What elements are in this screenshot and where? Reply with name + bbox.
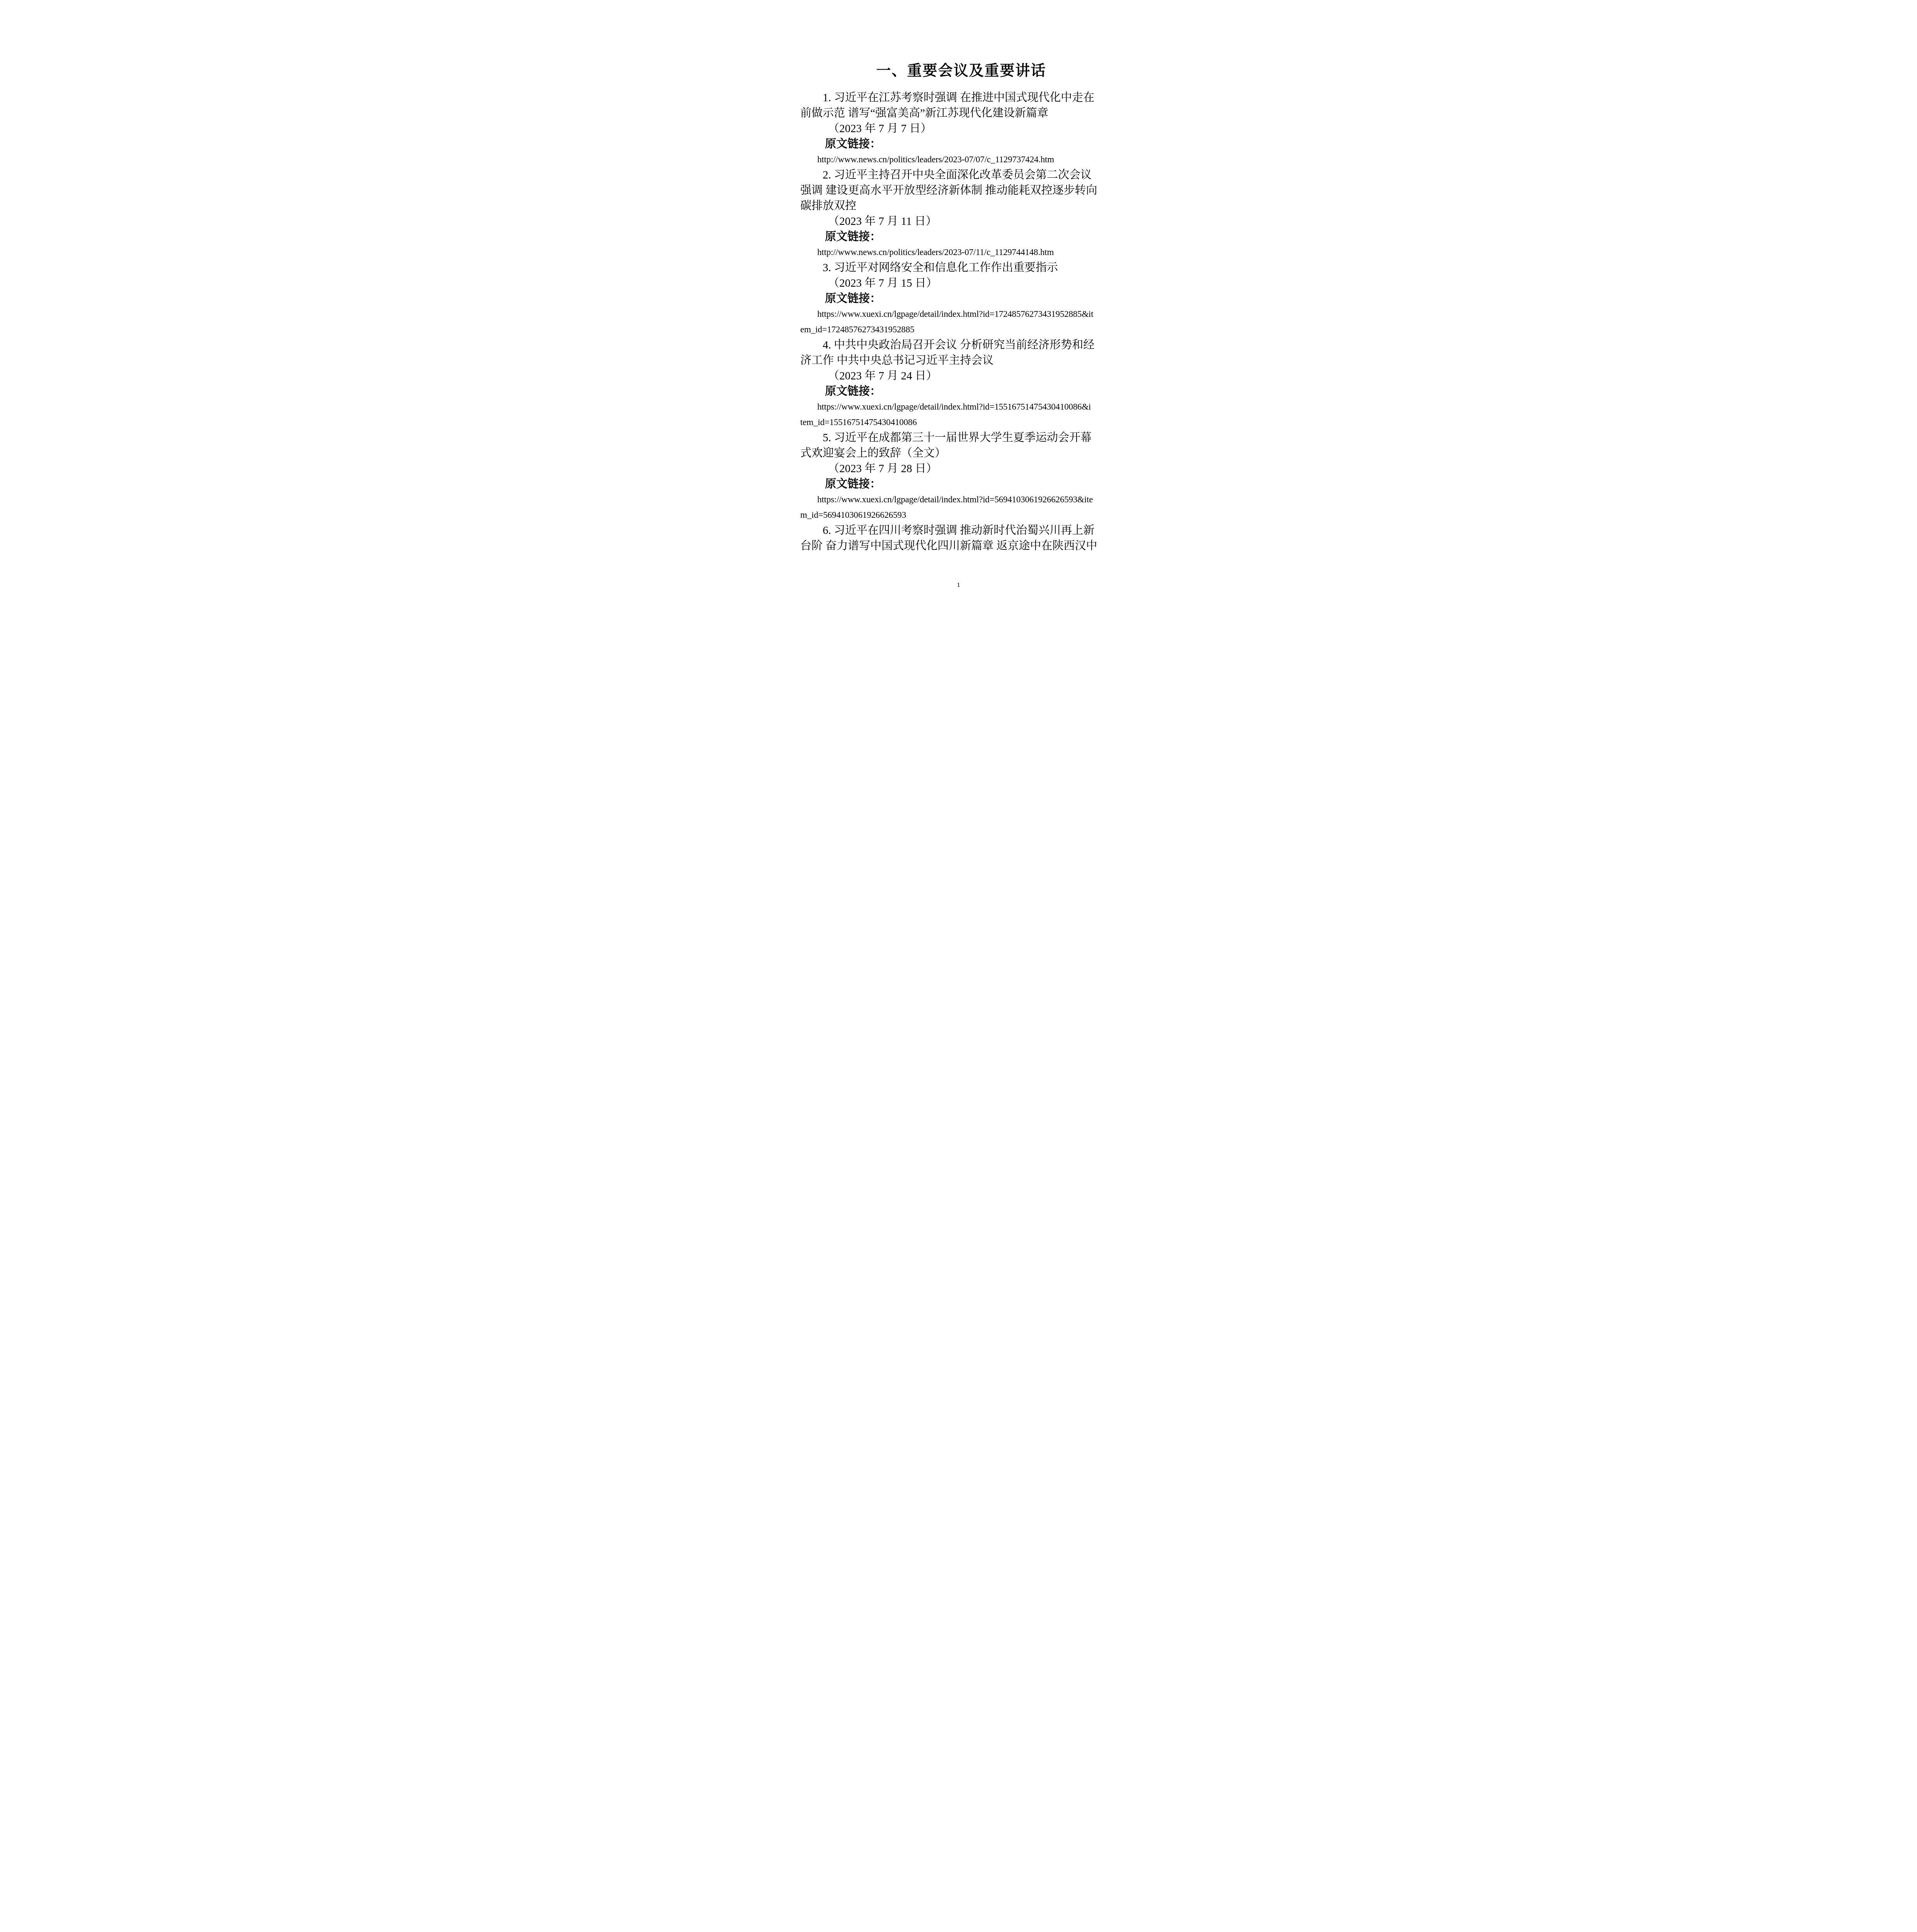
source-url-continuation[interactable]: em_id=17248576273431952885 xyxy=(800,322,1122,337)
entry-date: （2023 年 7 月 28 日） xyxy=(800,461,1122,476)
source-link-label: 原文链接： xyxy=(800,476,1122,492)
section-title: 一、重要会议及重要讲话 xyxy=(800,61,1122,80)
source-url[interactable]: http://www.news.cn/politics/leaders/2023… xyxy=(800,152,1122,167)
entry-4: 4. 中共中央政治局召开会议 分析研究当前经济形势和经 济工作 中共中央总书记习… xyxy=(800,337,1122,430)
source-url[interactable]: http://www.news.cn/politics/leaders/2023… xyxy=(800,245,1122,260)
entry-title-line: 4. 中共中央政治局召开会议 分析研究当前经济形势和经 xyxy=(800,337,1122,353)
entry-3: 3. 习近平对网络安全和信息化工作作出重要指示 （2023 年 7 月 15 日… xyxy=(800,260,1122,337)
source-url[interactable]: https://www.xuexi.cn/lgpage/detail/index… xyxy=(800,306,1122,322)
entry-title-line: 碳排放双控 xyxy=(800,198,1122,214)
entry-5: 5. 习近平在成都第三十一届世界大学生夏季运动会开幕 式欢迎宴会上的致辞（全文）… xyxy=(800,430,1122,523)
entry-1: 1. 习近平在江苏考察时强调 在推进中国式现代化中走在 前做示范 谱写“强富美高… xyxy=(800,90,1122,167)
source-link-label: 原文链接： xyxy=(800,384,1122,399)
entry-title-line: 2. 习近平主持召开中央全面深化改革委员会第二次会议 xyxy=(800,167,1122,183)
entry-title-line: 强调 建设更高水平开放型经济新体制 推动能耗双控逐步转向 xyxy=(800,183,1122,198)
entry-date: （2023 年 7 月 24 日） xyxy=(800,368,1122,384)
entry-6: 6. 习近平在四川考察时强调 推动新时代治蜀兴川再上新 台阶 奋力谱写中国式现代… xyxy=(800,523,1122,554)
entry-date: （2023 年 7 月 15 日） xyxy=(800,276,1122,291)
entry-title-line: 济工作 中共中央总书记习近平主持会议 xyxy=(800,353,1122,368)
entry-title-line: 前做示范 谱写“强富美高”新江苏现代化建设新篇章 xyxy=(800,105,1122,121)
source-link-label: 原文链接： xyxy=(800,229,1122,245)
source-url-continuation[interactable]: m_id=5694103061926626593 xyxy=(800,507,1122,523)
source-url[interactable]: https://www.xuexi.cn/lgpage/detail/index… xyxy=(800,492,1122,507)
source-url-continuation[interactable]: tem_id=15516751475430410086 xyxy=(800,415,1122,430)
entry-title-line: 6. 习近平在四川考察时强调 推动新时代治蜀兴川再上新 xyxy=(800,523,1122,538)
entry-title-line: 3. 习近平对网络安全和信息化工作作出重要指示 xyxy=(800,260,1122,276)
entry-title-line: 台阶 奋力谱写中国式现代化四川新篇章 返京途中在陕西汉中 xyxy=(800,538,1122,554)
source-link-label: 原文链接： xyxy=(800,136,1122,152)
page-number: 1 xyxy=(742,580,1175,590)
entry-date: （2023 年 7 月 11 日） xyxy=(800,214,1122,229)
entry-2: 2. 习近平主持召开中央全面深化改革委员会第二次会议 强调 建设更高水平开放型经… xyxy=(800,167,1122,260)
source-url[interactable]: https://www.xuexi.cn/lgpage/detail/index… xyxy=(800,399,1122,415)
entry-date: （2023 年 7 月 7 日） xyxy=(800,121,1122,136)
entry-title-line: 5. 习近平在成都第三十一届世界大学生夏季运动会开幕 xyxy=(800,430,1122,446)
entry-title-line: 1. 习近平在江苏考察时强调 在推进中国式现代化中走在 xyxy=(800,90,1122,105)
source-link-label: 原文链接： xyxy=(800,291,1122,306)
entry-title-line: 式欢迎宴会上的致辞（全文） xyxy=(800,446,1122,461)
document-page: 一、重要会议及重要讲话 1. 习近平在江苏考察时强调 在推进中国式现代化中走在 … xyxy=(742,0,1175,614)
entries-list: 1. 习近平在江苏考察时强调 在推进中国式现代化中走在 前做示范 谱写“强富美高… xyxy=(800,90,1122,554)
